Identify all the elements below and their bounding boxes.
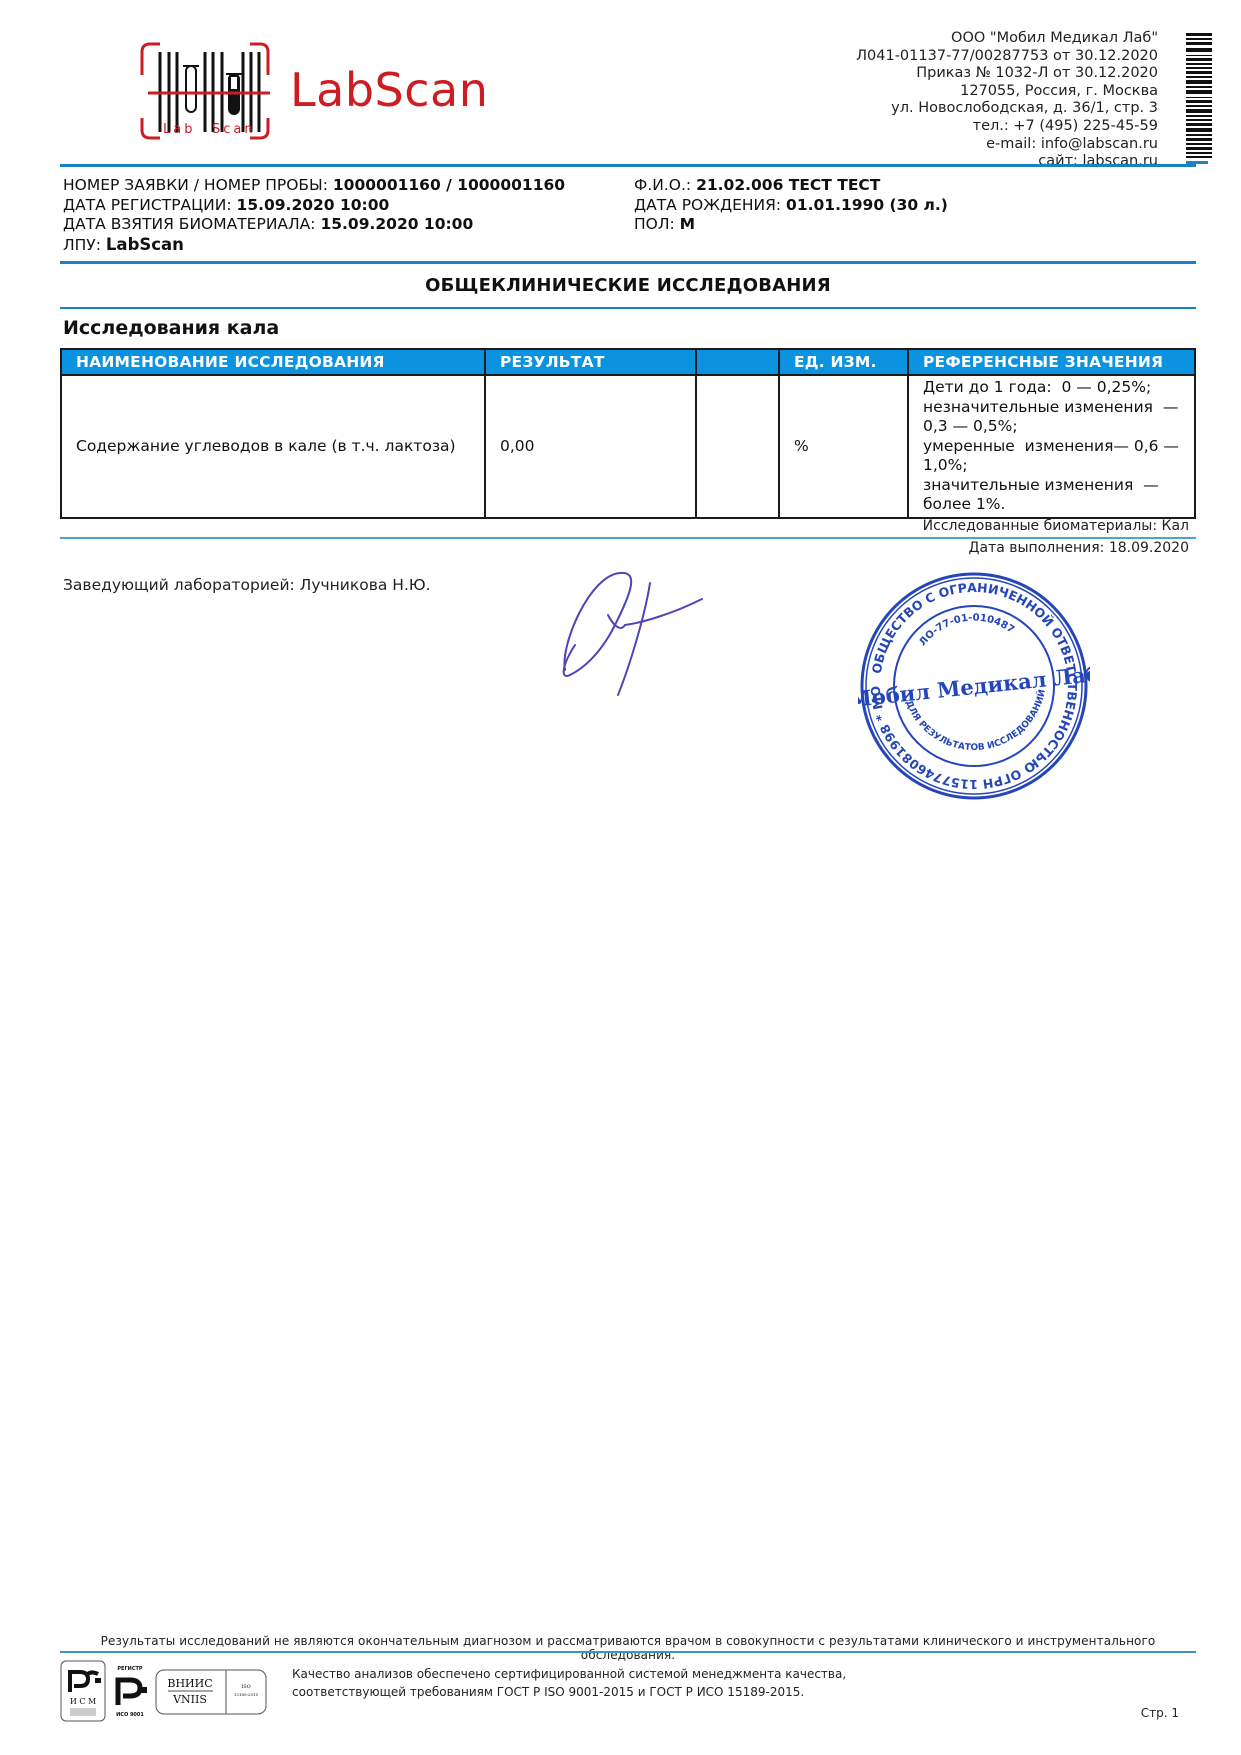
company-email: e-mail: info@labscan.ru [856,136,1158,154]
test-result: 0,00 [485,375,696,518]
svg-text:VNIIS: VNIIS [172,1693,207,1706]
svg-text:«Мобил Медикал Лаб»: «Мобил Медикал Лаб» [858,660,1090,714]
info-divider [60,261,1196,264]
biomaterial-info: Исследованные биоматериалы: Кал [923,518,1189,534]
order-number: 1000001160 / 1000001160 [333,176,565,194]
quality-statement: Качество анализов обеспечено сертифициро… [292,1665,846,1701]
test-reference: Дети до 1 года: 0 — 0,25%; незначительны… [908,375,1195,518]
signature-icon [560,565,790,715]
footer-divider [60,1651,1196,1653]
table-row: Содержание углеводов в кале (в т.ч. лакт… [61,375,1195,518]
company-phone: тел.: +7 (495) 225-45-59 [856,118,1158,136]
order-number-row: НОМЕР ЗАЯВКИ / НОМЕР ПРОБЫ: 1000001160 /… [63,176,565,196]
brand-name: LabScan [290,63,488,117]
vniis-icon: ВНИИС VNIIS ISO 15189:2015 [156,1670,266,1714]
patient-name: 21.02.006 ТЕСТ ТЕСТ [696,176,880,194]
patient-name-row: Ф.И.О.: 21.02.006 ТЕСТ ТЕСТ [634,176,948,196]
test-flag [696,375,779,518]
page-number: Стр. 1 [1141,1706,1179,1720]
test-name: Содержание углеводов в кале (в т.ч. лакт… [61,375,485,518]
birth-date-row: ДАТА РОЖДЕНИЯ: 01.01.1990 (30 л.) [634,196,948,216]
header-unit: ЕД. ИЗМ. [779,349,908,375]
header-flag [696,349,779,375]
svg-text:И С М: И С М [70,1697,96,1706]
svg-text:ISO: ISO [241,1684,251,1690]
barcode-icon [1186,33,1212,165]
disclaimer-text: Результаты исследований не являются окон… [60,1634,1196,1662]
lpu-value: LabScan [106,235,184,254]
labscan-logo: Lab Scan LabScan [130,30,500,150]
results-table: НАИМЕНОВАНИЕ ИССЛЕДОВАНИЯ РЕЗУЛЬТАТ ЕД. … [60,348,1196,519]
svg-text:РЕГИСТР: РЕГИСТР [117,1666,143,1672]
sample-date: 15.09.2020 10:00 [320,215,473,233]
svg-text:ВНИИС: ВНИИС [167,1677,212,1690]
company-license: Л041-01137-77/00287753 от 30.12.2020 [856,48,1158,66]
svg-text:ИСО 9001: ИСО 9001 [116,1712,144,1718]
meta-divider [60,537,1196,539]
table-header-row: НАИМЕНОВАНИЕ ИССЛЕДОВАНИЯ РЕЗУЛЬТАТ ЕД. … [61,349,1195,375]
rst-registr-icon: РЕГИСТР ИСО 9001 [116,1666,147,1718]
order-info: НОМЕР ЗАЯВКИ / НОМЕР ПРОБЫ: 1000001160 /… [63,176,565,255]
sex-row: ПОЛ: М [634,215,948,235]
sample-date-row: ДАТА ВЗЯТИЯ БИОМАТЕРИАЛА: 15.09.2020 10:… [63,215,565,235]
company-order: Приказ № 1032-Л от 30.12.2020 [856,65,1158,83]
company-website: сайт: labscan.ru [856,153,1158,171]
subsection-title: Исследования кала [63,317,279,339]
company-name: ООО "Мобил Медикал Лаб" [856,30,1158,48]
company-stamp-icon: ОБЩЕСТВО С ОГРАНИЧЕННОЙ ОТВЕТСТВЕННОСТЬЮ… [858,570,1090,802]
header-result: РЕЗУЛЬТАТ [485,349,696,375]
company-info: ООО "Мобил Медикал Лаб" Л041-01137-77/00… [856,30,1158,171]
section-title: ОБЩЕКЛИНИЧЕСКИЕ ИССЛЕДОВАНИЯ [60,275,1196,296]
completion-date: Дата выполнения: 18.09.2020 [969,540,1189,556]
patient-info: Ф.И.О.: 21.02.006 ТЕСТ ТЕСТ ДАТА РОЖДЕНИ… [634,176,948,235]
section-divider [60,307,1196,309]
test-unit: % [779,375,908,518]
certification-logos: И С М РЕГИСТР ИСО 9001 ВНИИС VNIIS ISO 1… [60,1660,270,1724]
company-street: ул. Новослободская, д. 36/1, стр. 3 [856,100,1158,118]
birth-date: 01.01.1990 (30 л.) [786,196,948,214]
header-divider [60,164,1196,167]
barcode-tube-icon: Lab Scan [130,30,280,150]
svg-text:15189:2015: 15189:2015 [234,1692,259,1697]
header-test-name: НАИМЕНОВАНИЕ ИССЛЕДОВАНИЯ [61,349,485,375]
svg-text:Lab: Lab [163,122,195,137]
head-of-lab: Заведующий лабораторией: Лучникова Н.Ю. [63,576,431,594]
svg-text:Scan: Scan [212,122,256,137]
header-reference: РЕФЕРЕНСНЫЕ ЗНАЧЕНИЯ [908,349,1195,375]
sex-value: М [680,215,695,233]
lpu-row: ЛПУ: LabScan [63,235,565,256]
registration-date-row: ДАТА РЕГИСТРАЦИИ: 15.09.2020 10:00 [63,196,565,216]
certificate-icons: И С М РЕГИСТР ИСО 9001 ВНИИС VNIIS ISO 1… [60,1660,270,1724]
company-city: 127055, Россия, г. Москва [856,83,1158,101]
rst-ism-icon: И С М [61,1661,105,1721]
registration-date: 15.09.2020 10:00 [237,196,390,214]
